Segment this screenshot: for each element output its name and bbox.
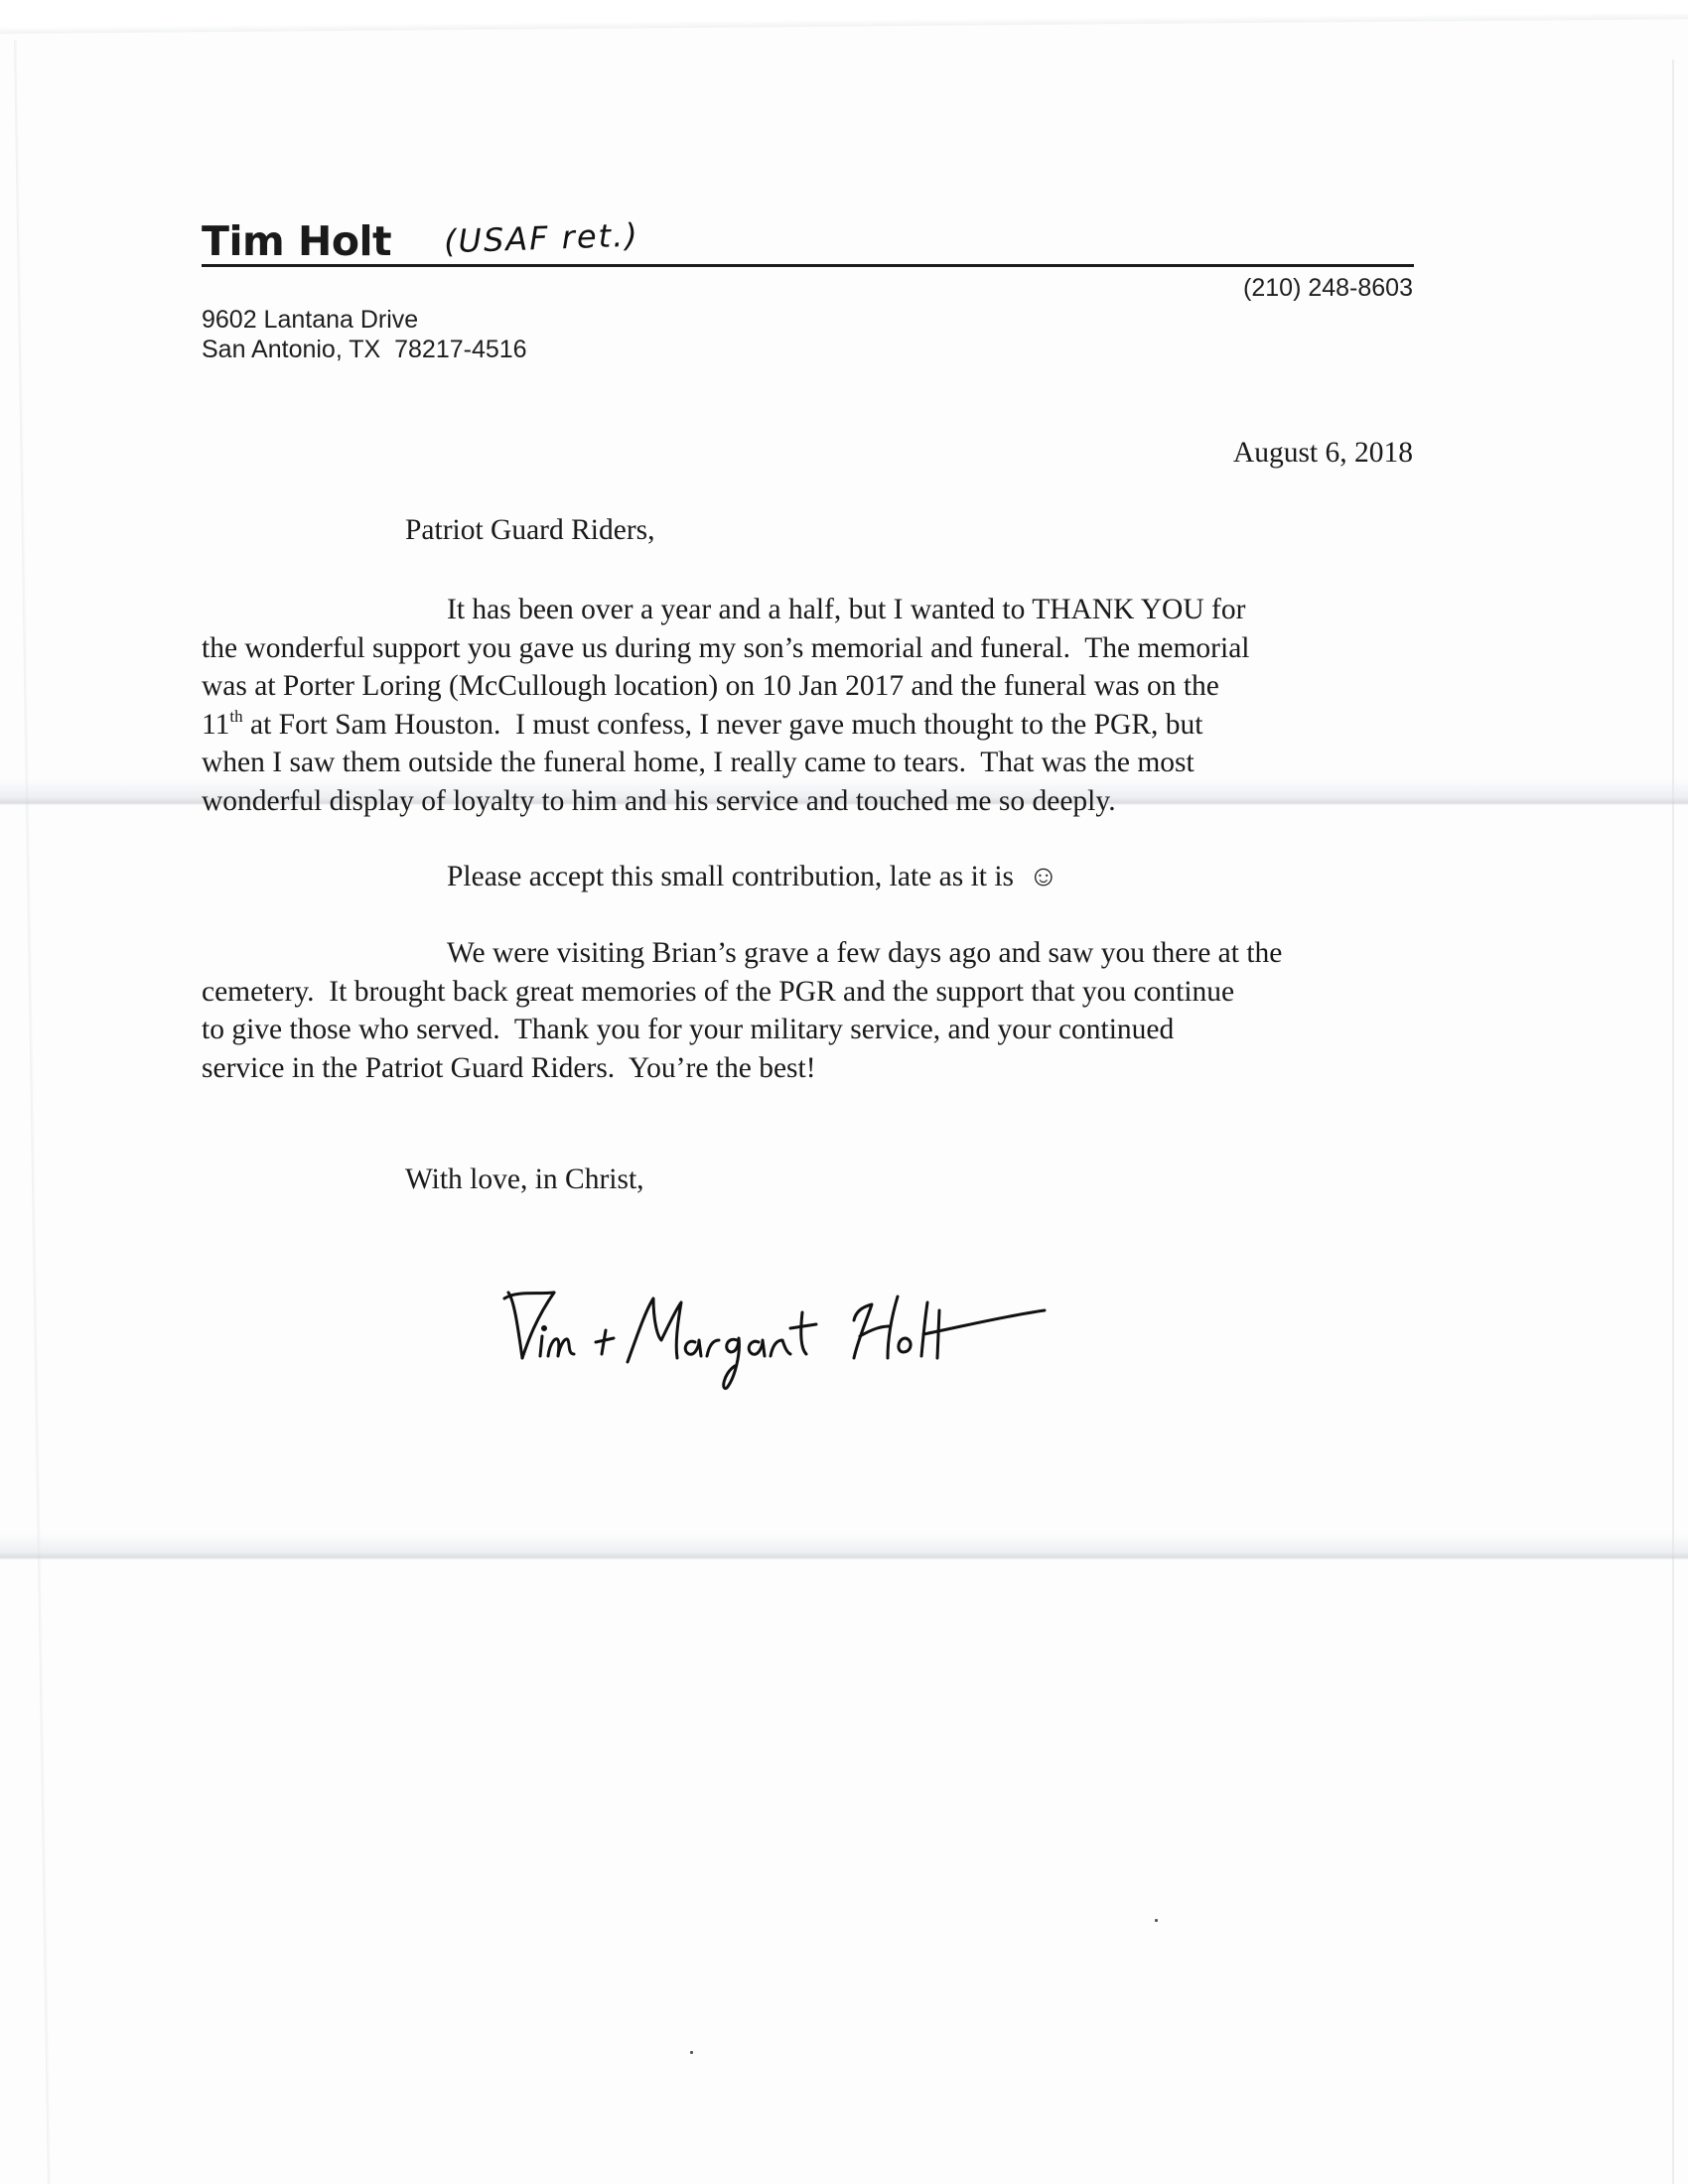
- body-paragraph-3: We were visiting Brian’s grave a few day…: [202, 934, 1415, 1087]
- body-line-rest: at Fort Sam Houston. I must confess, I n…: [243, 709, 1203, 741]
- scan-paper-edge-top: [0, 0, 1688, 34]
- address-line-1: 9602 Lantana Drive: [202, 305, 527, 335]
- body-line: wonderful display of loyalty to him and …: [202, 782, 1415, 821]
- body-line: cemetery. It brought back great memories…: [202, 973, 1415, 1012]
- ordinal-suffix: th: [229, 707, 242, 726]
- body-line: Please accept this small contribution, l…: [202, 858, 1415, 896]
- letter-page: Tim Holt (USAF ret.) (210) 248-8603 9602…: [0, 0, 1688, 2184]
- day-number: 11: [202, 709, 229, 741]
- body-line: the wonderful support you gave us during…: [202, 629, 1415, 668]
- scan-speck: [1155, 1919, 1158, 1922]
- address-line-2: San Antonio, TX 78217-4516: [202, 335, 527, 364]
- handwritten-signature: Tim + Margaret Holt: [496, 1271, 1053, 1400]
- body-paragraph-1: It has been over a year and a half, but …: [202, 591, 1415, 820]
- body-line: to give those who served. Thank you for …: [202, 1011, 1415, 1049]
- sender-address: 9602 Lantana Drive San Antonio, TX 78217…: [202, 305, 527, 364]
- body-line: 11th at Fort Sam Houston. I must confess…: [202, 706, 1415, 745]
- body-paragraph-2: Please accept this small contribution, l…: [202, 858, 1415, 896]
- letterhead-rule: [202, 264, 1414, 267]
- paper-fold-lower: [0, 1534, 1688, 1560]
- letter-date: August 6, 2018: [1233, 437, 1413, 470]
- body-line: when I saw them outside the funeral home…: [202, 744, 1415, 782]
- scan-speck: [690, 2051, 693, 2054]
- body-line: We were visiting Brian’s grave a few day…: [202, 934, 1415, 973]
- body-line: was at Porter Loring (McCullough locatio…: [202, 667, 1415, 706]
- body-line: It has been over a year and a half, but …: [202, 591, 1415, 629]
- scan-paper-edge-right: [1672, 60, 1674, 2184]
- handwritten-rank-note: (USAF ret.): [443, 216, 639, 261]
- scan-paper-edge-left: [14, 40, 51, 2184]
- closing: With love, in Christ,: [405, 1163, 644, 1196]
- sender-name: Tim Holt: [202, 217, 391, 265]
- salutation: Patriot Guard Riders,: [405, 514, 655, 547]
- sender-phone: (210) 248-8603: [1243, 274, 1413, 303]
- body-line: service in the Patriot Guard Riders. You…: [202, 1049, 1415, 1088]
